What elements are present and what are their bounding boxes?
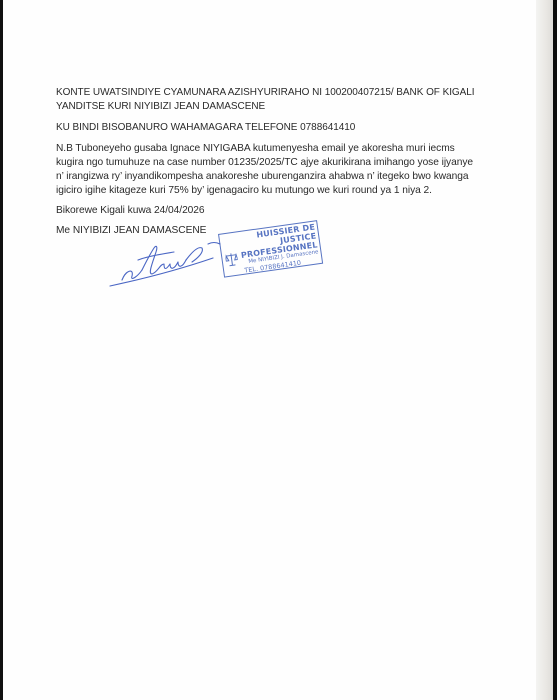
scales-of-justice-icon xyxy=(225,252,239,268)
scanned-page: KONTE UWATSINDIYE CYAMUNARA AZISHYURIRAH… xyxy=(0,0,557,700)
place-date: Bikorewe Kigali kuwa 24/04/2026 xyxy=(56,204,205,218)
bailiff-stamp: HUISSIER DE JUSTICE PROFESSIONNEL Me NIY… xyxy=(218,220,323,277)
note-line: igiciro igihe kitageze kuri 75% by’ igen… xyxy=(56,184,473,198)
heading-line-1: KONTE UWATSINDIYE CYAMUNARA AZISHYURIRAH… xyxy=(56,86,475,100)
contact-line: KU BINDI BISOBANURO WAHAMAGARA TELEFONE … xyxy=(56,121,355,135)
heading-line-2: YANDITSE KURI NIYIBIZI JEAN DAMASCENE xyxy=(56,100,265,114)
scan-right-border xyxy=(553,0,557,700)
signatory-name: Me NIYIBIZI JEAN DAMASCENE xyxy=(56,224,206,238)
note-paragraph: N.B Tuboneyeho gusaba Ignace NIYIGABA ku… xyxy=(56,142,473,198)
scan-right-shadow xyxy=(536,0,553,700)
handwritten-signature xyxy=(108,240,238,290)
note-line: kugira ngo tumuhuze na case number 01235… xyxy=(56,156,473,170)
note-line: n’ irangizwa ry’ inyandikompesha anakore… xyxy=(56,170,473,184)
scan-left-border xyxy=(0,0,3,700)
note-line: N.B Tuboneyeho gusaba Ignace NIYIGABA ku… xyxy=(56,142,473,156)
